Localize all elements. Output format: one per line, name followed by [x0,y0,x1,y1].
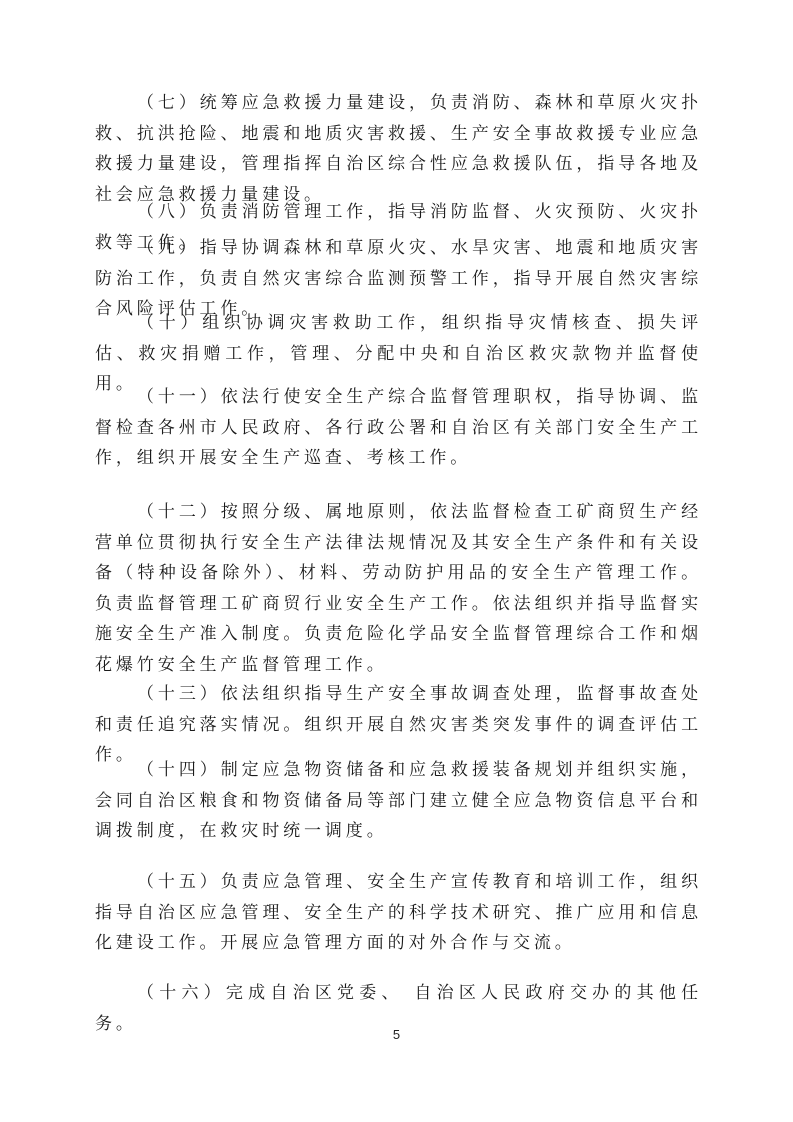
document-page: （七）统筹应急救援力量建设，负责消防、森林和草原火灾扑救、抗洪抢险、地震和地质灾… [0,0,793,1122]
paragraph-12: （十二）按照分级、属地原则，依法监督检查工矿商贸生产经营单位贯彻执行安全生产法律… [95,497,702,680]
paragraph-11: （十一）依法行使安全生产综合监督管理职权，指导协调、监督检查各州市人民政府、各行… [95,382,702,474]
paragraph-7: （七）统筹应急救援力量建设，负责消防、森林和草原火灾扑救、抗洪抢险、地震和地质灾… [95,88,702,210]
page-number: 5 [0,1027,793,1042]
paragraph-15: （十五）负责应急管理、安全生产宣传教育和培训工作，组织指导自治区应急管理、安全生… [95,867,702,959]
paragraph-14: （十四）制定应急物资储备和应急救援装备规划并组织实施，会同自治区粮食和物资储备局… [95,755,702,847]
